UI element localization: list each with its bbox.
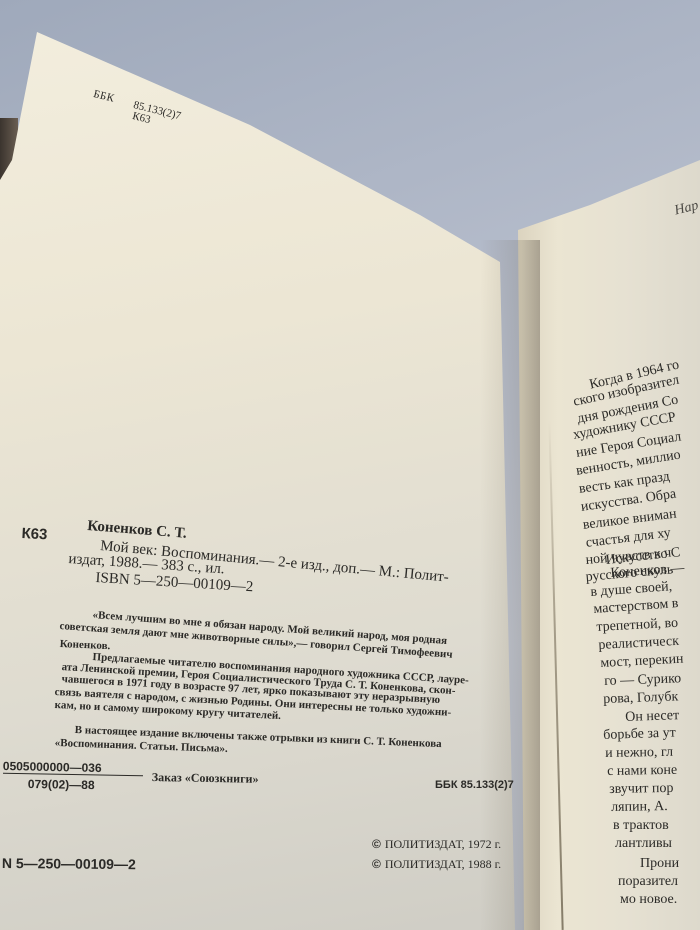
copyright-icon: © — [372, 857, 381, 871]
author-mark: К63 — [21, 525, 48, 543]
right-page-line: лантливы — [615, 836, 672, 852]
right-page-line: мо новое. — [620, 892, 677, 908]
order-info: Заказ «Союзкниги» — [152, 770, 259, 787]
imprint-code-denominator: 079(02)—88 — [28, 777, 95, 792]
copyright-line: ©ПОЛИТИЗДАТ, 1988 г. — [372, 857, 501, 872]
right-page-line: в трактов — [613, 818, 669, 834]
copyright-text: ПОЛИТИЗДАТ, 1972 г. — [385, 837, 501, 851]
right-page-line: с нами коне — [607, 763, 677, 780]
right-page-line: Прони — [640, 856, 679, 872]
copyright-icon: © — [372, 837, 381, 851]
isbn-bottom: N 5—250—00109—2 — [2, 855, 136, 872]
annotation-line: Коненков. — [59, 638, 110, 652]
right-page-line: борьбе за ут — [603, 725, 676, 744]
right-page-line: ляпин, А. — [611, 799, 668, 816]
right-page-line: го — Сурико — [604, 671, 681, 690]
right-page-line: звучит пор — [609, 781, 674, 798]
copyright-text: ПОЛИТИЗДАТ, 1988 г. — [385, 857, 501, 871]
right-page-line: и нежно, гл — [605, 745, 673, 762]
book-photo: ББК 85.133(2)7 К63 К63 Коненков С. Т. Мо… — [0, 0, 700, 930]
bbk-bottom: ББК 85.133(2)7 — [435, 779, 514, 791]
right-page-line: рова, Голубк — [603, 689, 679, 708]
right-page-line: Он несет — [625, 708, 679, 726]
copyright-line: ©ПОЛИТИЗДАТ, 1972 г. — [372, 837, 501, 852]
right-page-line: поразител — [618, 874, 678, 890]
